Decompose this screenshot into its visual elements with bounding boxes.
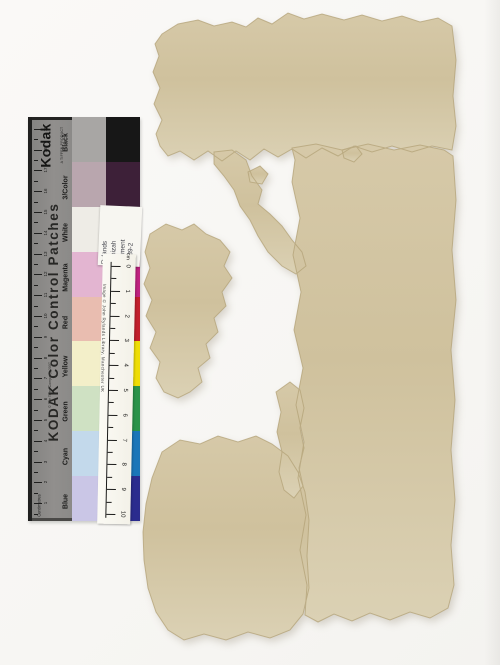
strip-copyright: © The Tiffen Company, 2007 bbox=[48, 340, 54, 430]
cm-tick bbox=[107, 464, 116, 465]
cm-tick bbox=[107, 489, 116, 490]
ruler-half-tick bbox=[34, 222, 38, 223]
cm-tick bbox=[111, 315, 120, 316]
cm-tick bbox=[112, 266, 121, 267]
ruler-tick bbox=[34, 462, 42, 463]
cm-number: 6 bbox=[119, 410, 127, 420]
ruler-half-tick bbox=[34, 326, 38, 327]
ruler-tick bbox=[34, 337, 42, 338]
ruler-half-tick bbox=[34, 202, 38, 203]
cm-tick bbox=[110, 340, 119, 341]
patch-label-blue: Blue bbox=[63, 480, 72, 524]
cm-tick bbox=[109, 365, 118, 366]
patch-label-white: White bbox=[63, 210, 72, 254]
ruler-tick bbox=[34, 441, 42, 442]
ruler-half-tick bbox=[34, 389, 38, 390]
cm-scale-ruler: cm 012345678910 Image © John Rylands Lib… bbox=[97, 254, 136, 525]
ruler-half-tick bbox=[34, 430, 38, 431]
cm-tick bbox=[106, 514, 115, 515]
paper-body bbox=[143, 13, 456, 640]
cm-half-tick bbox=[108, 452, 113, 453]
ruler-half-tick bbox=[34, 306, 38, 307]
strip-title: KODAK Color Control Patches bbox=[46, 157, 62, 487]
cm-number: 5 bbox=[120, 385, 128, 395]
cm-number: 3 bbox=[121, 335, 129, 345]
cm-tick bbox=[108, 439, 117, 440]
ruler-number: 1 bbox=[43, 498, 49, 508]
cm-tick bbox=[108, 415, 117, 416]
ruler-tick bbox=[34, 316, 42, 317]
ruler-tick bbox=[34, 378, 42, 379]
cm-half-tick bbox=[108, 427, 113, 428]
tint-patch-3/color bbox=[72, 162, 106, 207]
patch-label-black: Black bbox=[63, 120, 72, 164]
ruler-half-tick bbox=[34, 410, 38, 411]
ruler-tick bbox=[34, 254, 42, 255]
cm-number: 10 bbox=[117, 509, 125, 519]
cm-half-tick bbox=[109, 377, 114, 378]
ruler-tick bbox=[34, 420, 42, 421]
cm-half-tick bbox=[111, 278, 116, 279]
photograph-stage: حضرة الماجد ايده الله حفظ احبابه الكرام … bbox=[0, 0, 500, 665]
ruler-half-tick bbox=[34, 181, 38, 182]
ruler-tick bbox=[34, 358, 42, 359]
ruler-tick bbox=[34, 233, 42, 234]
tint-patch-black bbox=[72, 117, 106, 162]
cm-half-tick bbox=[109, 402, 114, 403]
ruler-tick bbox=[34, 212, 42, 213]
cm-number: 8 bbox=[118, 459, 126, 469]
cm-tick bbox=[109, 390, 118, 391]
kodak-logo: Kodak bbox=[38, 120, 53, 172]
ruler-half-tick bbox=[34, 264, 38, 265]
cm-number: 4 bbox=[120, 360, 128, 370]
ruler-tick bbox=[34, 295, 42, 296]
cm-number: 9 bbox=[118, 484, 126, 494]
cm-half-tick bbox=[110, 353, 115, 354]
ruler-tick bbox=[34, 191, 42, 192]
ruler-half-tick bbox=[34, 243, 38, 244]
ruler-half-tick bbox=[34, 368, 38, 369]
patch-label-3/color: 3/Color bbox=[63, 165, 72, 209]
strip-gray-bar: 12345678910111213141516171819 KODAK Colo… bbox=[32, 117, 72, 521]
cm-half-tick bbox=[107, 501, 112, 502]
centimetres-label: Centimetres bbox=[37, 483, 44, 529]
cm-number: 7 bbox=[119, 435, 127, 445]
solid-patch-3/color bbox=[106, 162, 140, 207]
ruler-half-tick bbox=[34, 451, 38, 452]
ruler-half-tick bbox=[34, 472, 38, 473]
patch-label-cyan: Cyan bbox=[63, 435, 72, 479]
patch-label-red: Red bbox=[63, 300, 72, 344]
ruler-ticks: 012345678910 bbox=[103, 254, 136, 255]
patch-label-green: Green bbox=[63, 390, 72, 434]
ruler-half-tick bbox=[34, 347, 38, 348]
cm-number: 1 bbox=[122, 286, 130, 296]
cm-tick bbox=[111, 291, 120, 292]
solid-patch-black bbox=[106, 117, 140, 162]
cm-half-tick bbox=[111, 303, 116, 304]
ruler-half-tick bbox=[34, 285, 38, 286]
cm-half-tick bbox=[107, 477, 112, 478]
ruler-tick bbox=[34, 399, 42, 400]
ruler-tick bbox=[34, 274, 42, 275]
cm-number: 0 bbox=[122, 261, 130, 271]
patch-label-yellow: Yellow bbox=[63, 345, 72, 389]
patch-label-magenta: Magenta bbox=[63, 255, 72, 299]
cm-half-tick bbox=[110, 328, 115, 329]
cm-number: 2 bbox=[121, 311, 129, 321]
